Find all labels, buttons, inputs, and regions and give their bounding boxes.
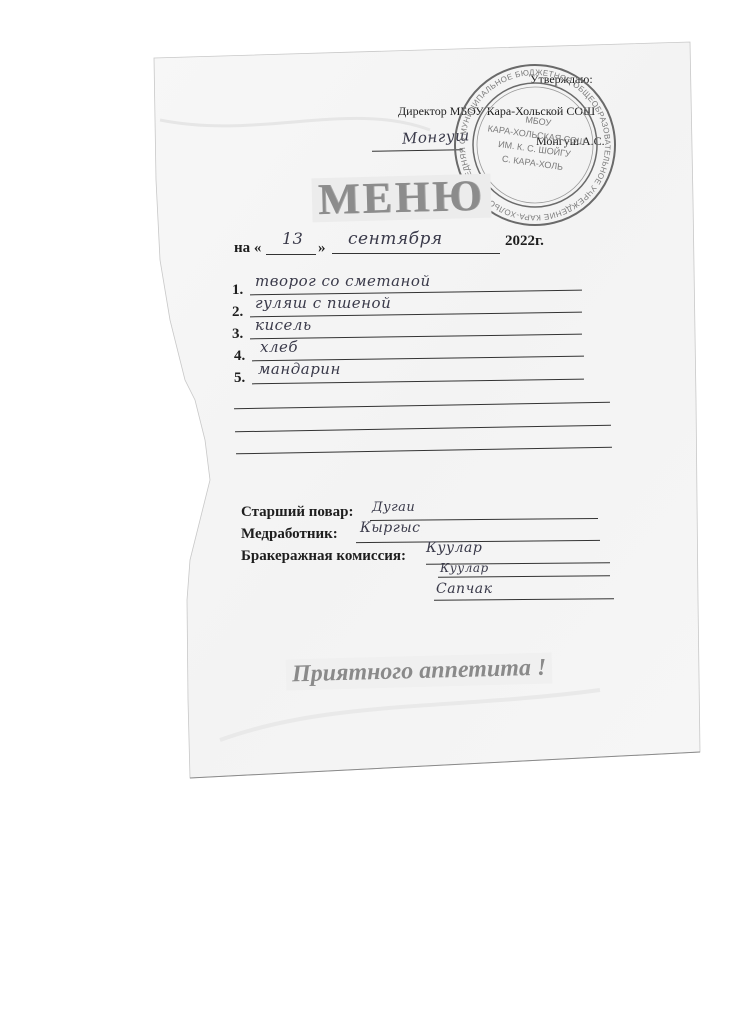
item-text: кисель	[255, 316, 312, 334]
item-text: хлеб	[260, 338, 298, 356]
item-text: творог со сметаной	[255, 272, 431, 290]
date-year: 2022г.	[505, 233, 544, 250]
date-day: 13	[282, 229, 303, 248]
item-number: 3.	[232, 326, 243, 343]
date-month: сентября	[348, 229, 443, 249]
date-day-line	[266, 254, 316, 255]
date-prefix: на «	[234, 240, 261, 257]
commission-signature-2: Куулар	[440, 561, 489, 575]
chef-label: Старший повар:	[241, 504, 353, 521]
chef-signature: Дугаи	[372, 500, 415, 515]
commission-signature-3: Сапчак	[436, 581, 493, 597]
item-text: гуляш с пшеной	[255, 294, 391, 312]
page-title: МЕНЮ	[311, 174, 491, 223]
stamp-line: МБОУ	[525, 114, 552, 128]
date-mid: »	[318, 240, 326, 257]
item-text: мандарин	[258, 360, 341, 378]
medic-signature: Кыргыс	[360, 520, 421, 536]
commission-signature-1: Куулар	[426, 540, 482, 556]
date-month-line	[332, 253, 500, 254]
item-number: 2.	[232, 304, 243, 321]
scanned-page: Утверждаю: Директор МБОУ Кара-Хольской С…	[0, 0, 744, 1024]
item-number: 5.	[234, 370, 245, 387]
item-number: 1.	[232, 282, 243, 299]
medic-label: Медработник:	[241, 526, 338, 543]
commission-label: Бракеражная комиссия:	[241, 548, 406, 565]
item-number: 4.	[234, 348, 245, 365]
